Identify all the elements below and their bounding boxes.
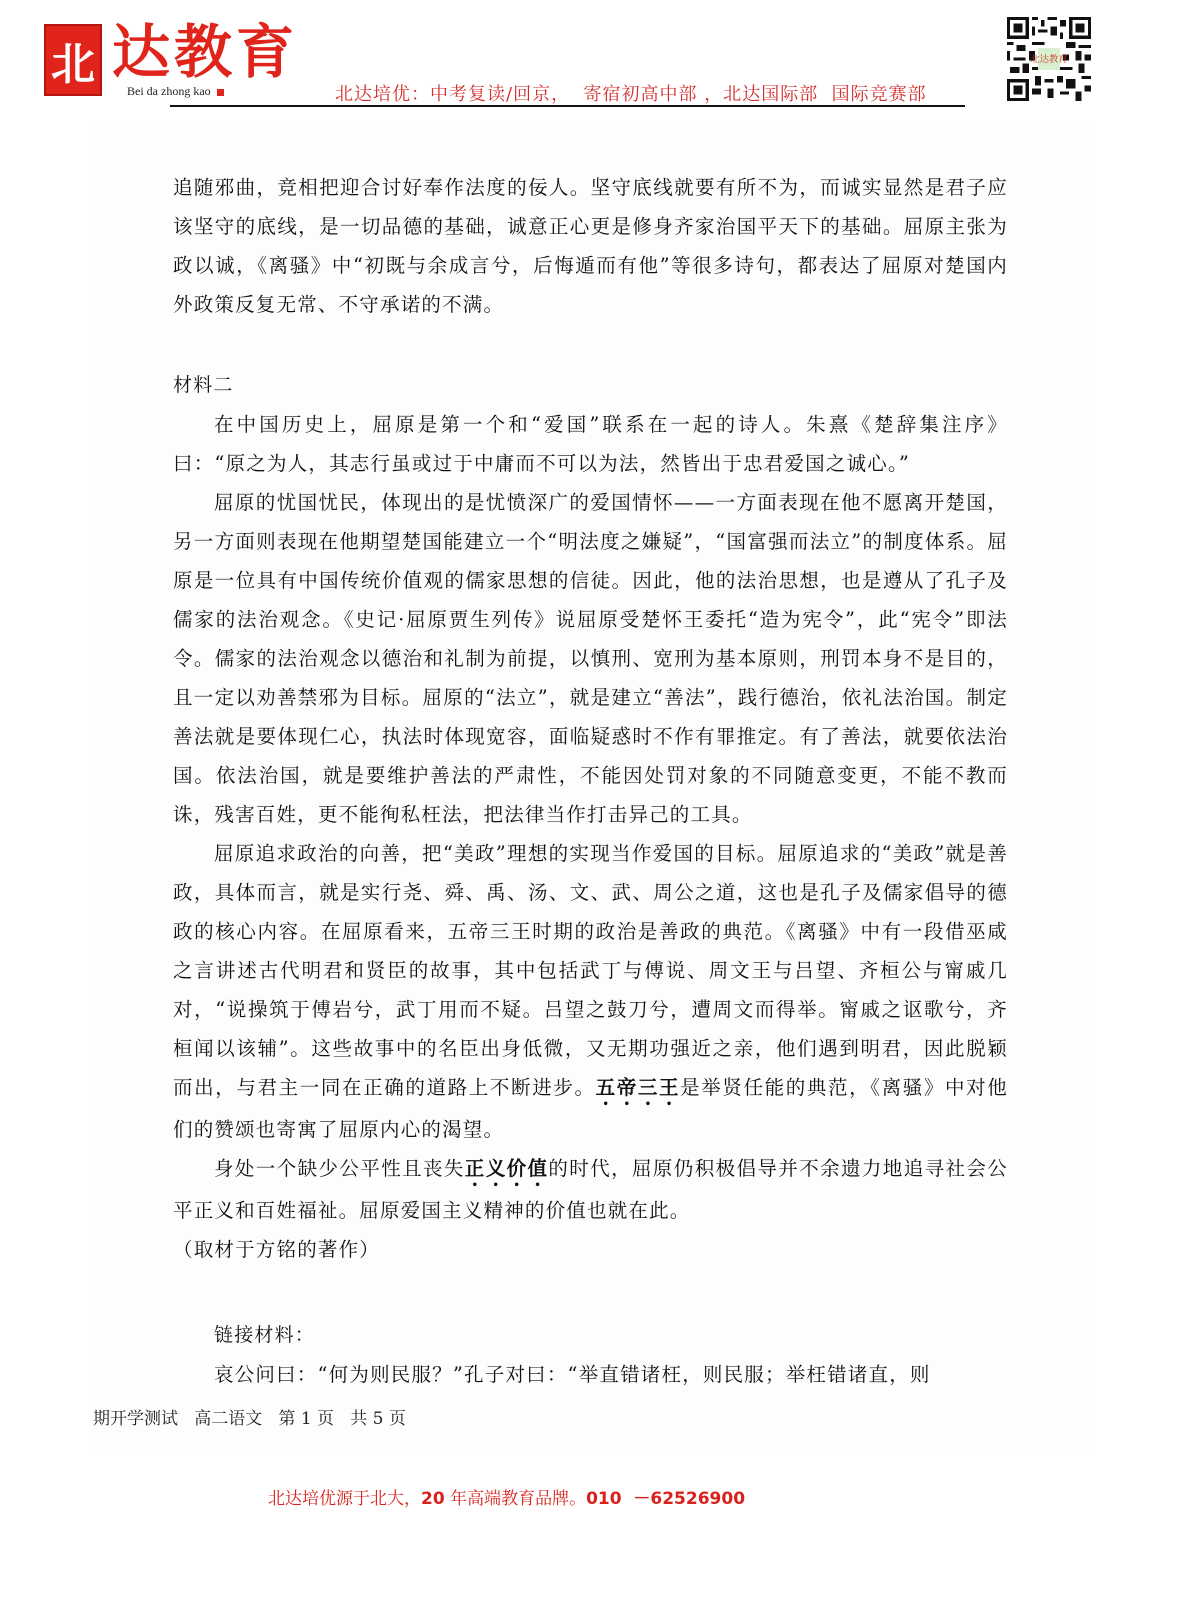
link-material-title: 链接材料：: [173, 1316, 1008, 1355]
brand-footer: 北达培优源于北大，20 年高端教育品牌。010 －62526900: [268, 1484, 745, 1509]
link-material-paragraph: 哀公问曰：“何为则民服？”孔子对曰：“举直错诸枉，则民服；举枉错诸直，则: [173, 1355, 1008, 1394]
brand-text: 年高端教育品牌。: [445, 1489, 586, 1509]
logo-square-icon: [217, 89, 224, 96]
brand-text: 北达培优源于北大，: [268, 1489, 421, 1509]
logo-mark: 北: [44, 24, 102, 96]
header-slogan: 北达培优：中考复读/回京， 寄宿初高中部 ，北达国际部 国际竞赛部: [335, 80, 927, 106]
brand-years: 20: [421, 1489, 445, 1509]
brand-phone: 010 －62526900: [586, 1489, 745, 1509]
section-title: 材料二: [173, 366, 1008, 405]
svg-text:北达教育: 北达教育: [1030, 53, 1067, 65]
source-citation: （取材于方铭的著作）: [173, 1230, 1008, 1269]
emphasized-term: 五帝三王: [596, 1076, 681, 1099]
paragraph: 身处一个缺少公平性且丧失正义价值的时代，屈原仍积极倡导并不余遗力地追寻社会公平正…: [173, 1149, 1008, 1230]
paragraph: 在中国历史上，屈原是第一个和“爱国”联系在一起的诗人。朱熹《楚辞集注序》曰：“原…: [173, 405, 1008, 483]
logo-char: 北: [51, 28, 95, 92]
header-divider: [170, 105, 965, 107]
intro-paragraph: 追随邪曲，竞相把迎合讨好奉作法度的佞人。坚守底线就要有所不为，而诚实显然是君子应…: [173, 168, 1008, 324]
logo-subtitle: Bei da zhong kao: [127, 84, 224, 99]
page-footer: 期开学测试 高二语文 第 1 页 共 5 页: [93, 1404, 406, 1429]
qr-code-icon: 北达教育: [1004, 14, 1094, 104]
paragraph-text: 屈原追求政治的向善，把“美政”理想的实现当作爱国的目标。屈原追求的“美政”就是善…: [173, 842, 1008, 1099]
material-two-section: 材料二 在中国历史上，屈原是第一个和“爱国”联系在一起的诗人。朱熹《楚辞集注序》…: [173, 366, 1008, 1269]
emphasized-term: 正义价值: [465, 1157, 549, 1180]
document-body: 追随邪曲，竞相把迎合讨好奉作法度的佞人。坚守底线就要有所不为，而诚实显然是君子应…: [173, 168, 1008, 324]
link-material-section: 链接材料： 哀公问曰：“何为则民服？”孔子对曰：“举直错诸枉，则民服；举枉错诸直…: [173, 1316, 1008, 1394]
paragraph-text: 身处一个缺少公平性且丧失: [214, 1157, 465, 1180]
paragraph: 屈原追求政治的向善，把“美政”理想的实现当作爱国的目标。屈原追求的“美政”就是善…: [173, 834, 1008, 1149]
paragraph: 屈原的忧国忧民，体现出的是忧愤深广的爱国情怀——一方面表现在他不愿离开楚国，另一…: [173, 483, 1008, 834]
logo-text: 达教育: [112, 18, 298, 86]
logo-subtitle-text: Bei da zhong kao: [127, 84, 211, 98]
